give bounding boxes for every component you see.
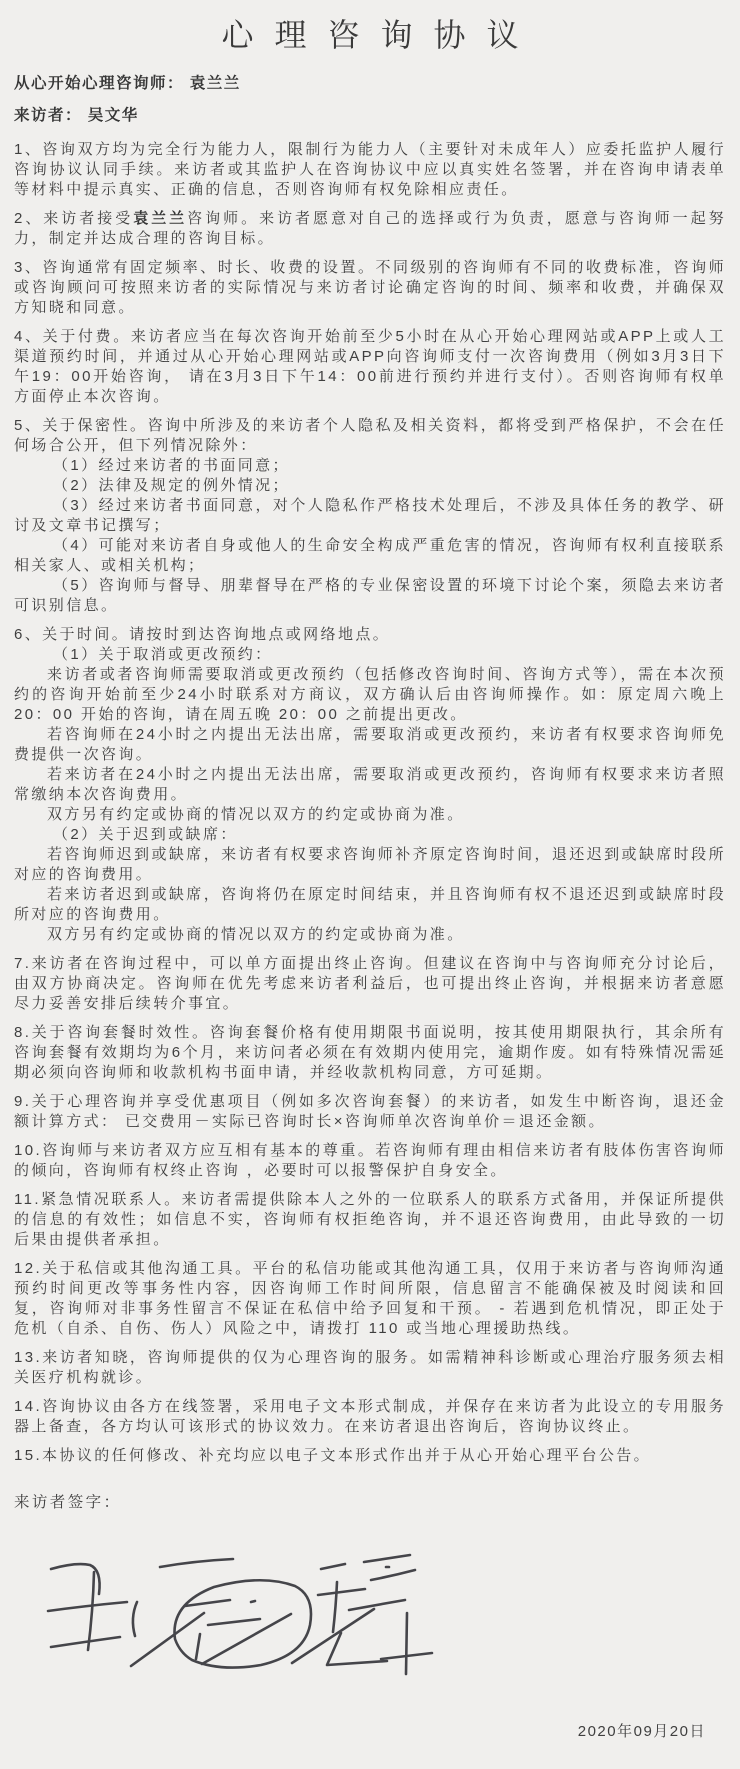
clause-paragraph: （2）法律及规定的例外情况； [14,476,726,496]
signature-stroke [174,1580,311,1667]
signature-stroke [251,1601,255,1602]
clause-paragraph: 2、来访者接受袁兰兰咨询师。来访者愿意对自己的选择或行为负责，愿意与咨询师一起努… [14,209,726,249]
signature-stroke [364,1555,410,1562]
clause-paragraph: 若来访者在24小时之内提出无法出席，需要取消或更改预约，咨询师有权要求来访者照常… [14,765,726,805]
clause-paragraph: （1）经过来访者的书面同意； [14,456,726,476]
signature-stroke [51,1637,120,1647]
visitor-line: 来访者： 吴文华 [14,106,726,126]
agreement-date: 2020年09月20日 [14,1720,726,1741]
signature-stroke [349,1600,405,1610]
signature-stroke [185,1600,230,1606]
signature-stroke [48,1602,127,1611]
clause-paragraph: 12.关于私信或其他沟通工具。平台的私信功能或其他沟通工具，仅用于来访者与咨询师… [14,1259,726,1339]
clause-paragraph: 8.关于咨询套餐时效性。咨询套餐价格有使用期限书面说明，按其使用期限执行，其余所… [14,1023,726,1083]
clause-paragraph: （4）可能对来访者自身或他人的生命安全构成严重危害的情况，咨询师有权利直接联系相… [14,536,726,576]
clause-paragraph: （5）咨询师与督导、朋辈督导在严格的专业保密设置的环境下讨论个案，须隐去来访者可… [14,576,726,616]
signature-stroke [196,1634,200,1659]
signature-stroke [160,1559,233,1567]
clause-paragraph: （1）关于取消或更改预约： [14,645,726,665]
signature-stroke [208,1619,260,1625]
page-title: 心理咨询协议 [14,10,726,56]
clause-paragraph: 13.来访者知晓，咨询师提供的仅为心理咨询的服务。如需精神科诊断或心理治疗服务须… [14,1348,726,1388]
clause-paragraph: 双方另有约定或协商的情况以双方的约定或协商为准。 [14,805,726,825]
signature-stroke [88,1572,94,1650]
clause-paragraph: 11.紧急情况联系人。来访者需提供除本人之外的一位联系人的联系方式备用，并保证所… [14,1190,726,1250]
clause-paragraph: （2）关于迟到或缺席： [14,825,726,845]
clause-paragraph: 14.咨询协议由各方在线签署，采用电子文本形式制成，并保存在来访者为此设立的专用… [14,1397,726,1437]
signature-stroke [333,1582,337,1632]
clause-paragraph: （3）经过来访者书面同意，对个人隐私作严格技术处理后，不涉及具体任务的教学、研讨… [14,496,726,536]
clause-paragraph: 若咨询师在24小时之内提出无法出席，需要取消或更改预约，来访者有权要求咨询师免费… [14,725,726,765]
signature-stroke [406,1613,407,1674]
agreement-clauses: 1、咨询双方均为完全行为能力人，限制行为能力人（主要针对未成年人）应委托监护人履… [14,140,726,1466]
signature-stroke [321,1564,345,1569]
agreement-document: 心理咨询协议 从心开始心理咨询师： 袁兰兰 来访者： 吴文华 1、咨询双方均为完… [0,0,740,1741]
signature-stroke [371,1570,415,1580]
clause-paragraph: 6、关于时间。请按时到达咨询地点或网络地点。 [14,625,726,645]
signature-stroke [292,1609,374,1663]
clause-paragraph: 4、关于付费。来访者应当在每次咨询开始前至少5小时在从心开始心理网站或APP上或… [14,327,726,407]
clause-paragraph: 双方另有约定或协商的情况以双方的约定或协商为准。 [14,925,726,945]
clause-paragraph: 若咨询师迟到或缺席，来访者有权要求咨询师补齐原定咨询时间，退还迟到或缺席时段所对… [14,845,726,885]
signature-stroke [318,1589,365,1595]
clause-paragraph: 1、咨询双方均为完全行为能力人，限制行为能力人（主要针对未成年人）应委托监护人履… [14,140,726,200]
signature-stroke [327,1633,387,1665]
clause-paragraph: 来访者或者咨询师需要取消或更改预约（包括修改咨询时间、咨询方式等），需在本次预约… [14,665,726,725]
clause-paragraph: 3、咨询通常有固定频率、时长、收费的设置。不同级别的咨询师有不同的收费标准，咨询… [14,258,726,318]
clause-paragraph: 10.咨询师与来访者双方应互相有基本的尊重。若咨询师有理由相信来访者有肢体伤害咨… [14,1141,726,1181]
counselor-line: 从心开始心理咨询师： 袁兰兰 [14,74,726,94]
clause-paragraph: 9.关于心理咨询并享受优惠项目（例如多次咨询套餐）的来访者，如发生中断咨询，退还… [14,1092,726,1132]
signature-stroke [133,1602,137,1636]
signature-label: 来访者签字： [14,1492,726,1514]
signature-stroke [131,1613,204,1666]
signature-image [24,1536,454,1686]
clause-paragraph: 若来访者迟到或缺席，咨询将仍在原定时间结束，并且咨询师有权不退还迟到或缺席时段所… [14,885,726,925]
clause-paragraph: 15.本协议的任何修改、补充均应以电子文本形式作出并于从心开始心理平台公告。 [14,1446,726,1466]
clause-paragraph: 7.来访者在咨询过程中，可以单方面提出终止咨询。但建议在咨询中与咨询师充分讨论后… [14,954,726,1014]
clause-paragraph: 5、关于保密性。咨询中所涉及的来访者个人隐私及相关资料，都将受到严格保护，不会在… [14,416,726,456]
